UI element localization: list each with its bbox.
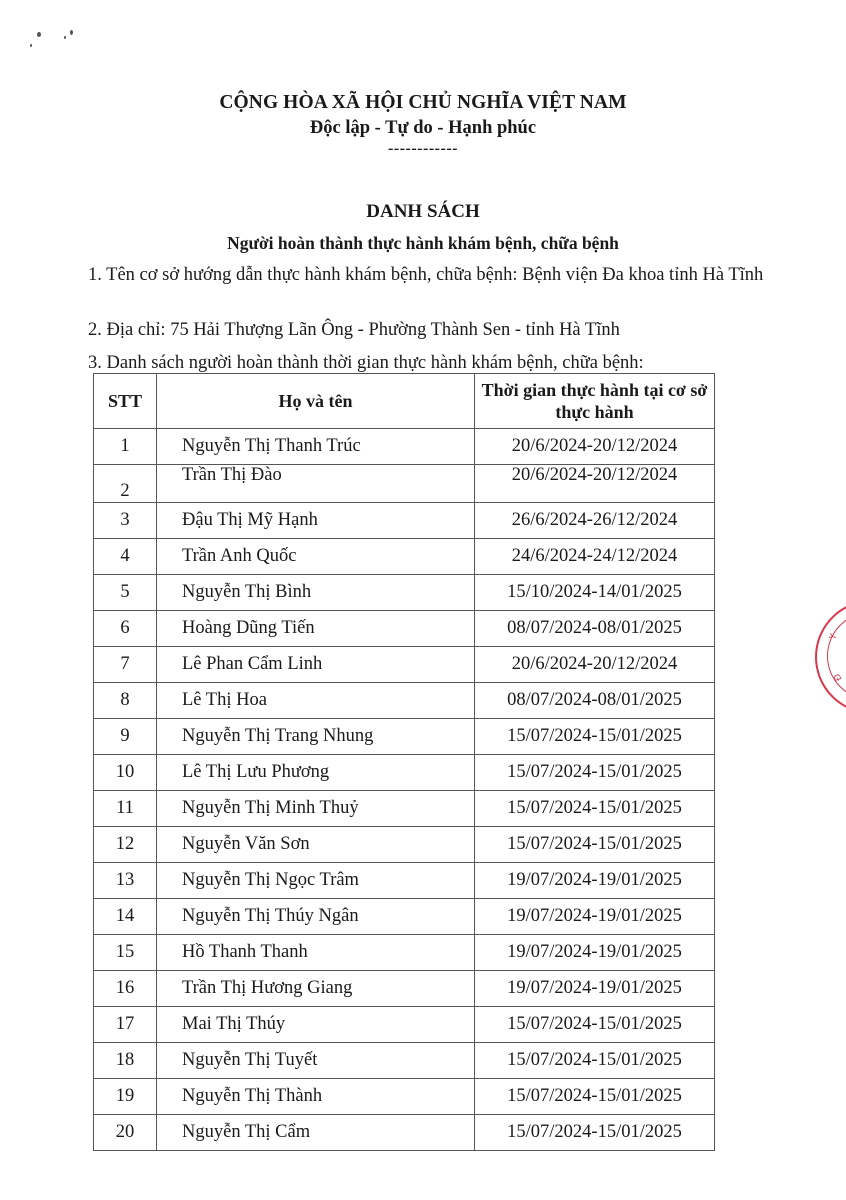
table-row: 7Lê Phan Cẩm Linh20/6/2024-20/12/2024 <box>94 647 715 683</box>
row-name: Nguyễn Văn Sơn <box>157 827 475 863</box>
row-name: Nguyễn Thị Tuyết <box>157 1043 475 1079</box>
table-body: 1Nguyễn Thị Thanh Trúc20/6/2024-20/12/20… <box>94 429 715 1151</box>
row-period: 19/07/2024-19/01/2025 <box>475 863 715 899</box>
list-heading: 3. Danh sách người hoàn thành thời gian … <box>88 352 788 374</box>
row-name: Trần Anh Quốc <box>157 539 475 575</box>
table-row: 5Nguyễn Thị Bình15/10/2024-14/01/2025 <box>94 575 715 611</box>
row-name: Mai Thị Thúy <box>157 1007 475 1043</box>
row-name: Hoàng Dũng Tiến <box>157 611 475 647</box>
scan-specks <box>28 22 78 52</box>
row-period: 15/07/2024-15/01/2025 <box>475 1043 715 1079</box>
row-period: 20/6/2024-20/12/2024 <box>475 647 715 683</box>
seal-inner-ring <box>827 612 846 700</box>
row-period: 15/07/2024-15/01/2025 <box>475 719 715 755</box>
row-name: Nguyễn Thị Trang Nhung <box>157 719 475 755</box>
table-row: 17Mai Thị Thúy15/07/2024-15/01/2025 <box>94 1007 715 1043</box>
row-name: Nguyễn Thị Cẩm <box>157 1115 475 1151</box>
column-header-period: Thời gian thực hành tại cơ sở thực hành <box>475 374 715 429</box>
table-row: 8Lê Thị Hoa08/07/2024-08/01/2025 <box>94 683 715 719</box>
row-period: 15/10/2024-14/01/2025 <box>475 575 715 611</box>
row-period: 15/07/2024-15/01/2025 <box>475 1007 715 1043</box>
row-period: 24/6/2024-24/12/2024 <box>475 539 715 575</box>
row-index: 15 <box>94 935 157 971</box>
row-index: 2 <box>94 465 157 503</box>
table-row: 1Nguyễn Thị Thanh Trúc20/6/2024-20/12/20… <box>94 429 715 465</box>
row-period: 26/6/2024-26/12/2024 <box>475 503 715 539</box>
table-row: 11Nguyễn Thị Minh Thuỷ15/07/2024-15/01/2… <box>94 791 715 827</box>
facility-address: 2. Địa chỉ: 75 Hải Thượng Lãn Ông - Phườ… <box>88 319 788 341</box>
table-row: 16Trần Thị Hương Giang19/07/2024-19/01/2… <box>94 971 715 1007</box>
table-row: 18Nguyễn Thị Tuyết15/07/2024-15/01/2025 <box>94 1043 715 1079</box>
table-row: 6Hoàng Dũng Tiến08/07/2024-08/01/2025 <box>94 611 715 647</box>
table-row: 19Nguyễn Thị Thành15/07/2024-15/01/2025 <box>94 1079 715 1115</box>
row-index: 6 <box>94 611 157 647</box>
row-name: Nguyễn Thị Thanh Trúc <box>157 429 475 465</box>
row-period: 15/07/2024-15/01/2025 <box>475 827 715 863</box>
row-name: Lê Thị Hoa <box>157 683 475 719</box>
facility-name: 1. Tên cơ sở hướng dẫn thực hành khám bệ… <box>88 264 788 286</box>
national-header: CỘNG HÒA XÃ HỘI CHỦ NGHĨA VIỆT NAM <box>0 92 846 114</box>
row-period: 08/07/2024-08/01/2025 <box>475 611 715 647</box>
row-period: 20/6/2024-20/12/2024 <box>475 429 715 465</box>
row-index: 14 <box>94 899 157 935</box>
row-name: Nguyễn Thị Thúy Ngân <box>157 899 475 935</box>
row-period: 19/07/2024-19/01/2025 <box>475 899 715 935</box>
row-index: 1 <box>94 429 157 465</box>
row-period: 19/07/2024-19/01/2025 <box>475 935 715 971</box>
row-index: 3 <box>94 503 157 539</box>
table-row: 9Nguyễn Thị Trang Nhung15/07/2024-15/01/… <box>94 719 715 755</box>
row-index: 10 <box>94 755 157 791</box>
row-name: Nguyễn Thị Minh Thuỷ <box>157 791 475 827</box>
table-row: 20Nguyễn Thị Cẩm15/07/2024-15/01/2025 <box>94 1115 715 1151</box>
table-row: 14Nguyễn Thị Thúy Ngân19/07/2024-19/01/2… <box>94 899 715 935</box>
table-row: 3Đậu Thị Mỹ Hạnh26/6/2024-26/12/2024 <box>94 503 715 539</box>
row-period: 15/07/2024-15/01/2025 <box>475 1079 715 1115</box>
row-index: 13 <box>94 863 157 899</box>
row-index: 20 <box>94 1115 157 1151</box>
row-index: 11 <box>94 791 157 827</box>
national-motto: Độc lập - Tự do - Hạnh phúc <box>0 118 846 139</box>
row-period: 20/6/2024-20/12/2024 <box>475 465 715 503</box>
table-row: 13Nguyễn Thị Ngọc Trâm19/07/2024-19/01/2… <box>94 863 715 899</box>
row-index: 8 <box>94 683 157 719</box>
row-name: Đậu Thị Mỹ Hạnh <box>157 503 475 539</box>
row-index: 16 <box>94 971 157 1007</box>
row-index: 5 <box>94 575 157 611</box>
row-name: Nguyễn Thị Bình <box>157 575 475 611</box>
document-subtitle: Người hoàn thành thực hành khám bệnh, ch… <box>0 233 846 254</box>
row-name: Hồ Thanh Thanh <box>157 935 475 971</box>
row-index: 17 <box>94 1007 157 1043</box>
table-row: 12Nguyễn Văn Sơn15/07/2024-15/01/2025 <box>94 827 715 863</box>
table-row: 10Lê Thị Lưu Phương15/07/2024-15/01/2025 <box>94 755 715 791</box>
row-name: Lê Thị Lưu Phương <box>157 755 475 791</box>
row-name: Nguyễn Thị Ngọc Trâm <box>157 863 475 899</box>
row-period: 15/07/2024-15/01/2025 <box>475 791 715 827</box>
row-period: 15/07/2024-15/01/2025 <box>475 1115 715 1151</box>
column-header-stt: STT <box>94 374 157 429</box>
row-index: 4 <box>94 539 157 575</box>
header-separator: ------------ <box>0 140 846 158</box>
row-index: 18 <box>94 1043 157 1079</box>
table-header-row: STT Họ và tên Thời gian thực hành tại cơ… <box>94 374 715 429</box>
column-header-name: Họ và tên <box>157 374 475 429</box>
table-row: 2Trần Thị Đào20/6/2024-20/12/2024 <box>94 465 715 503</box>
row-name: Nguyễn Thị Thành <box>157 1079 475 1115</box>
row-index: 9 <box>94 719 157 755</box>
document-title: DANH SÁCH <box>0 201 846 223</box>
practitioner-table: STT Họ và tên Thời gian thực hành tại cơ… <box>93 373 715 1151</box>
table-row: 4Trần Anh Quốc24/6/2024-24/12/2024 <box>94 539 715 575</box>
row-index: 19 <box>94 1079 157 1115</box>
row-name: Lê Phan Cẩm Linh <box>157 647 475 683</box>
row-name: Trần Thị Hương Giang <box>157 971 475 1007</box>
row-index: 7 <box>94 647 157 683</box>
table-row: 15Hồ Thanh Thanh19/07/2024-19/01/2025 <box>94 935 715 971</box>
row-period: 19/07/2024-19/01/2025 <box>475 971 715 1007</box>
row-index: 12 <box>94 827 157 863</box>
official-seal-stamp: Y Đ <box>815 600 846 714</box>
row-period: 15/07/2024-15/01/2025 <box>475 755 715 791</box>
row-name: Trần Thị Đào <box>157 465 475 503</box>
row-period: 08/07/2024-08/01/2025 <box>475 683 715 719</box>
